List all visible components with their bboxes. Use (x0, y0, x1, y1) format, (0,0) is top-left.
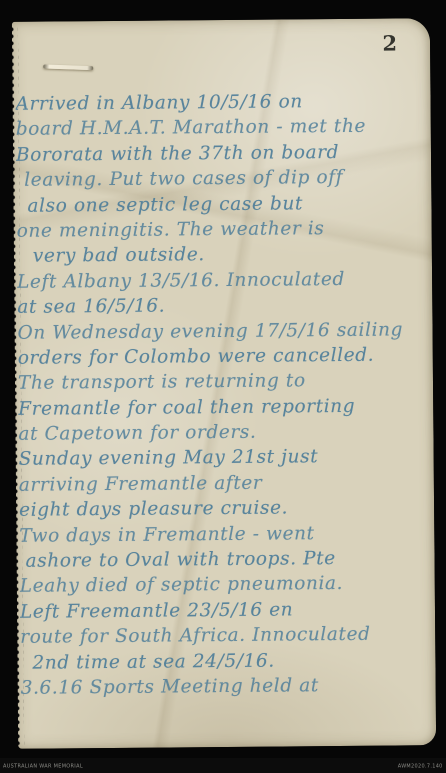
diary-line: route for South Africa. Innoculated (20, 621, 435, 650)
diary-line: board H.M.A.T. Marathon - met the (16, 114, 431, 143)
diary-line: at Capetown for orders. (18, 418, 433, 447)
diary-line: Leahy died of septic pneumonia. (20, 571, 435, 600)
diary-line: leaving. Put two cases of dip off (16, 164, 431, 193)
diary-line: also one septic leg case but (16, 190, 431, 219)
diary-line: arriving Fremantle after (19, 469, 434, 498)
diary-line: eight days pleasure cruise. (19, 494, 434, 523)
diary-line: ashore to Oval with troops. Pte (19, 545, 434, 574)
handwritten-text: Arrived in Albany 10/5/16 onboard H.M.A.… (15, 88, 435, 701)
diary-line: Bororata with the 37th on board (16, 139, 431, 168)
diary-line: Arrived in Albany 10/5/16 on (15, 88, 430, 117)
page-number-stamp: 2 (382, 30, 398, 55)
staple (43, 64, 93, 70)
diary-line: Two days in Fremantle - went (19, 520, 434, 549)
catalog-number: AWM2020.7.140 (398, 764, 443, 770)
diary-line: On Wednesday evening 17/5/16 sailing (17, 317, 432, 346)
diary-line: at sea 16/5/16. (17, 291, 432, 320)
diary-line: Fremantle for coal then reporting (18, 393, 433, 422)
diary-line: 2nd time at sea 24/5/16. (20, 647, 435, 676)
diary-line: Left Albany 13/5/16. Innoculated (17, 266, 432, 295)
diary-line: 3.6.16 Sports Meeting held at (21, 672, 436, 701)
diary-line: very bad outside. (17, 241, 432, 270)
diary-line: The transport is returning to (18, 367, 433, 396)
diary-line: Sunday evening May 21st just (19, 444, 434, 473)
archive-label: AUSTRALIAN WAR MEMORIAL (3, 764, 83, 770)
footer-bar: AUSTRALIAN WAR MEMORIAL AWM2020.7.140 (0, 758, 446, 773)
diary-line: one meningitis. The weather is (17, 215, 432, 244)
diary-line: Left Freemantle 23/5/16 en (20, 596, 435, 625)
diary-line: orders for Colombo were cancelled. (18, 342, 433, 371)
diary-page: 2 Arrived in Albany 10/5/16 onboard H.M.… (12, 18, 436, 749)
scanned-document-view: 2 Arrived in Albany 10/5/16 onboard H.M.… (0, 0, 446, 773)
